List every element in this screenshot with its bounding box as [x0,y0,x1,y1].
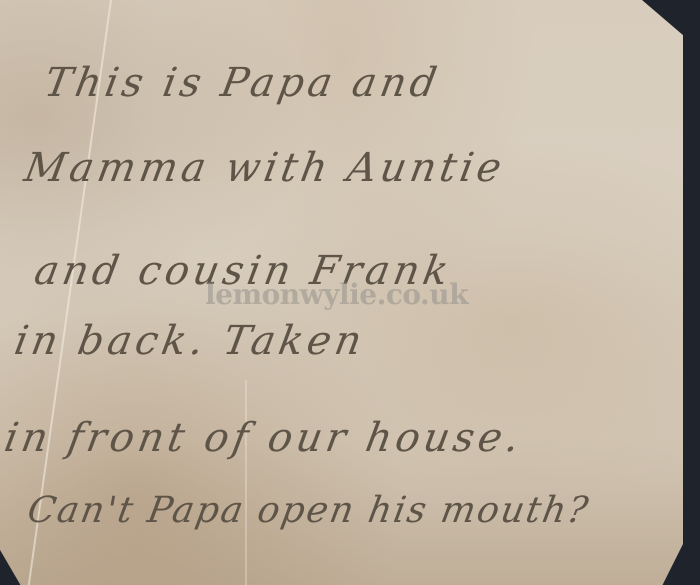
watermark: lemonwylie.co.uk [205,278,468,311]
handwritten-line: Mamma with Auntie [21,145,509,191]
handwritten-line: in back. Taken [11,318,369,364]
handwritten-line: Can't Papa open his mouth? [24,490,592,531]
paper-crease [245,380,247,585]
handwritten-line: This is Papa and [41,60,444,106]
aged-paper-note: This is Papa and Mamma with Auntie and c… [0,0,683,585]
handwritten-line: in front of our house. [1,415,527,461]
